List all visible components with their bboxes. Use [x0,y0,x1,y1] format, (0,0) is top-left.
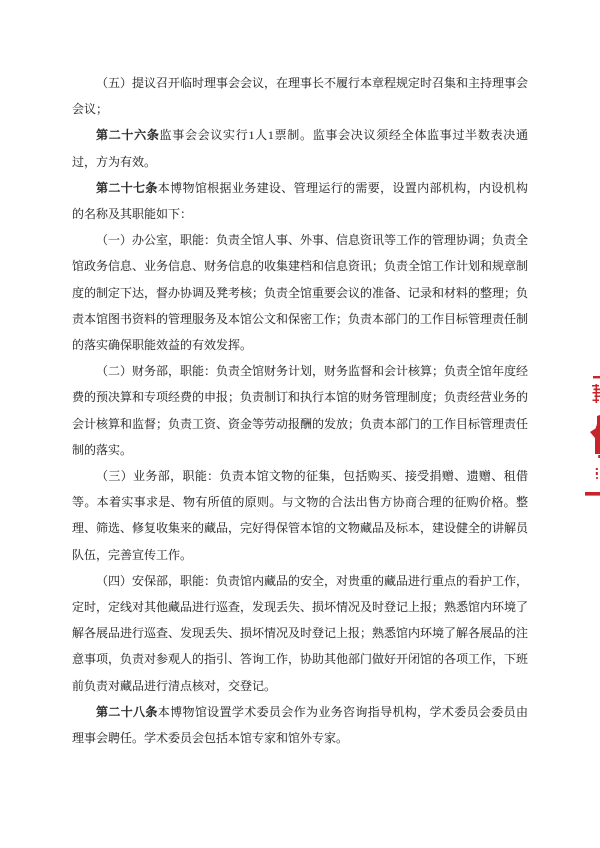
paragraph-text: （五）提议召开临时理事会会议，在理事长不履行本章程规定时召集和主持理事会会议； [72,76,528,116]
paragraph-text: （四）安保部，职能：负责馆内藏品的安全，对贵重的藏品进行重点的看护工作，定时，定… [72,574,528,693]
paragraph: （三）业务部，职能：负责本馆文物的征集，包括购买、接受捐赠、遗赠、租借等。本着实… [72,463,528,568]
paragraph: 第二十七条本博物馆根据业务建设、管理运行的需要，设置内部机构，内设机构的名称及其… [72,175,528,227]
paragraph: （四）安保部，职能：负责馆内藏品的安全，对贵重的藏品进行重点的看护工作，定时，定… [72,568,528,699]
paragraph-text: （一）办公室，职能：负责全馆人事、外事、信息资讯等工作的管理协调；负责全馆政务信… [72,233,528,352]
article-number: 第二十八条 [96,705,158,719]
paragraph: （一）办公室，职能：负责全馆人事、外事、信息资讯等工作的管理协调；负责全馆政务信… [72,227,528,358]
paragraph: 第二十八条本博物馆设置学术委员会作为业务咨询指导机构，学术委员会委员由理事会聘任… [72,699,528,751]
document-body: （五）提议召开临时理事会会议，在理事长不履行本章程规定时召集和主持理事会会议； … [72,70,528,751]
paragraph: （二）财务部，职能：负责全馆财务计划，财务监督和会计核算；负责全馆年度经费的预决… [72,358,528,463]
paragraph-text: （三）业务部，职能：负责本馆文物的征集，包括购买、接受捐赠、遗赠、租借等。本着实… [72,469,528,562]
paragraph-text: （二）财务部，职能：负责全馆财务计划，财务监督和会计核算；负责全馆年度经费的预决… [72,364,528,457]
document-page: （五）提议召开临时理事会会议，在理事长不履行本章程规定时召集和主持理事会会议； … [0,0,600,848]
article-number: 第二十七条 [96,181,158,195]
paragraph: （五）提议召开临时理事会会议，在理事长不履行本章程规定时召集和主持理事会会议； [72,70,528,122]
paragraph: 第二十六条监事会会议实行1人1票制。监事会决议须经全体监事过半数表决通过，方为有… [72,122,528,174]
article-number: 第二十六条 [96,128,160,142]
red-stamp-fragment-icon [584,372,600,502]
